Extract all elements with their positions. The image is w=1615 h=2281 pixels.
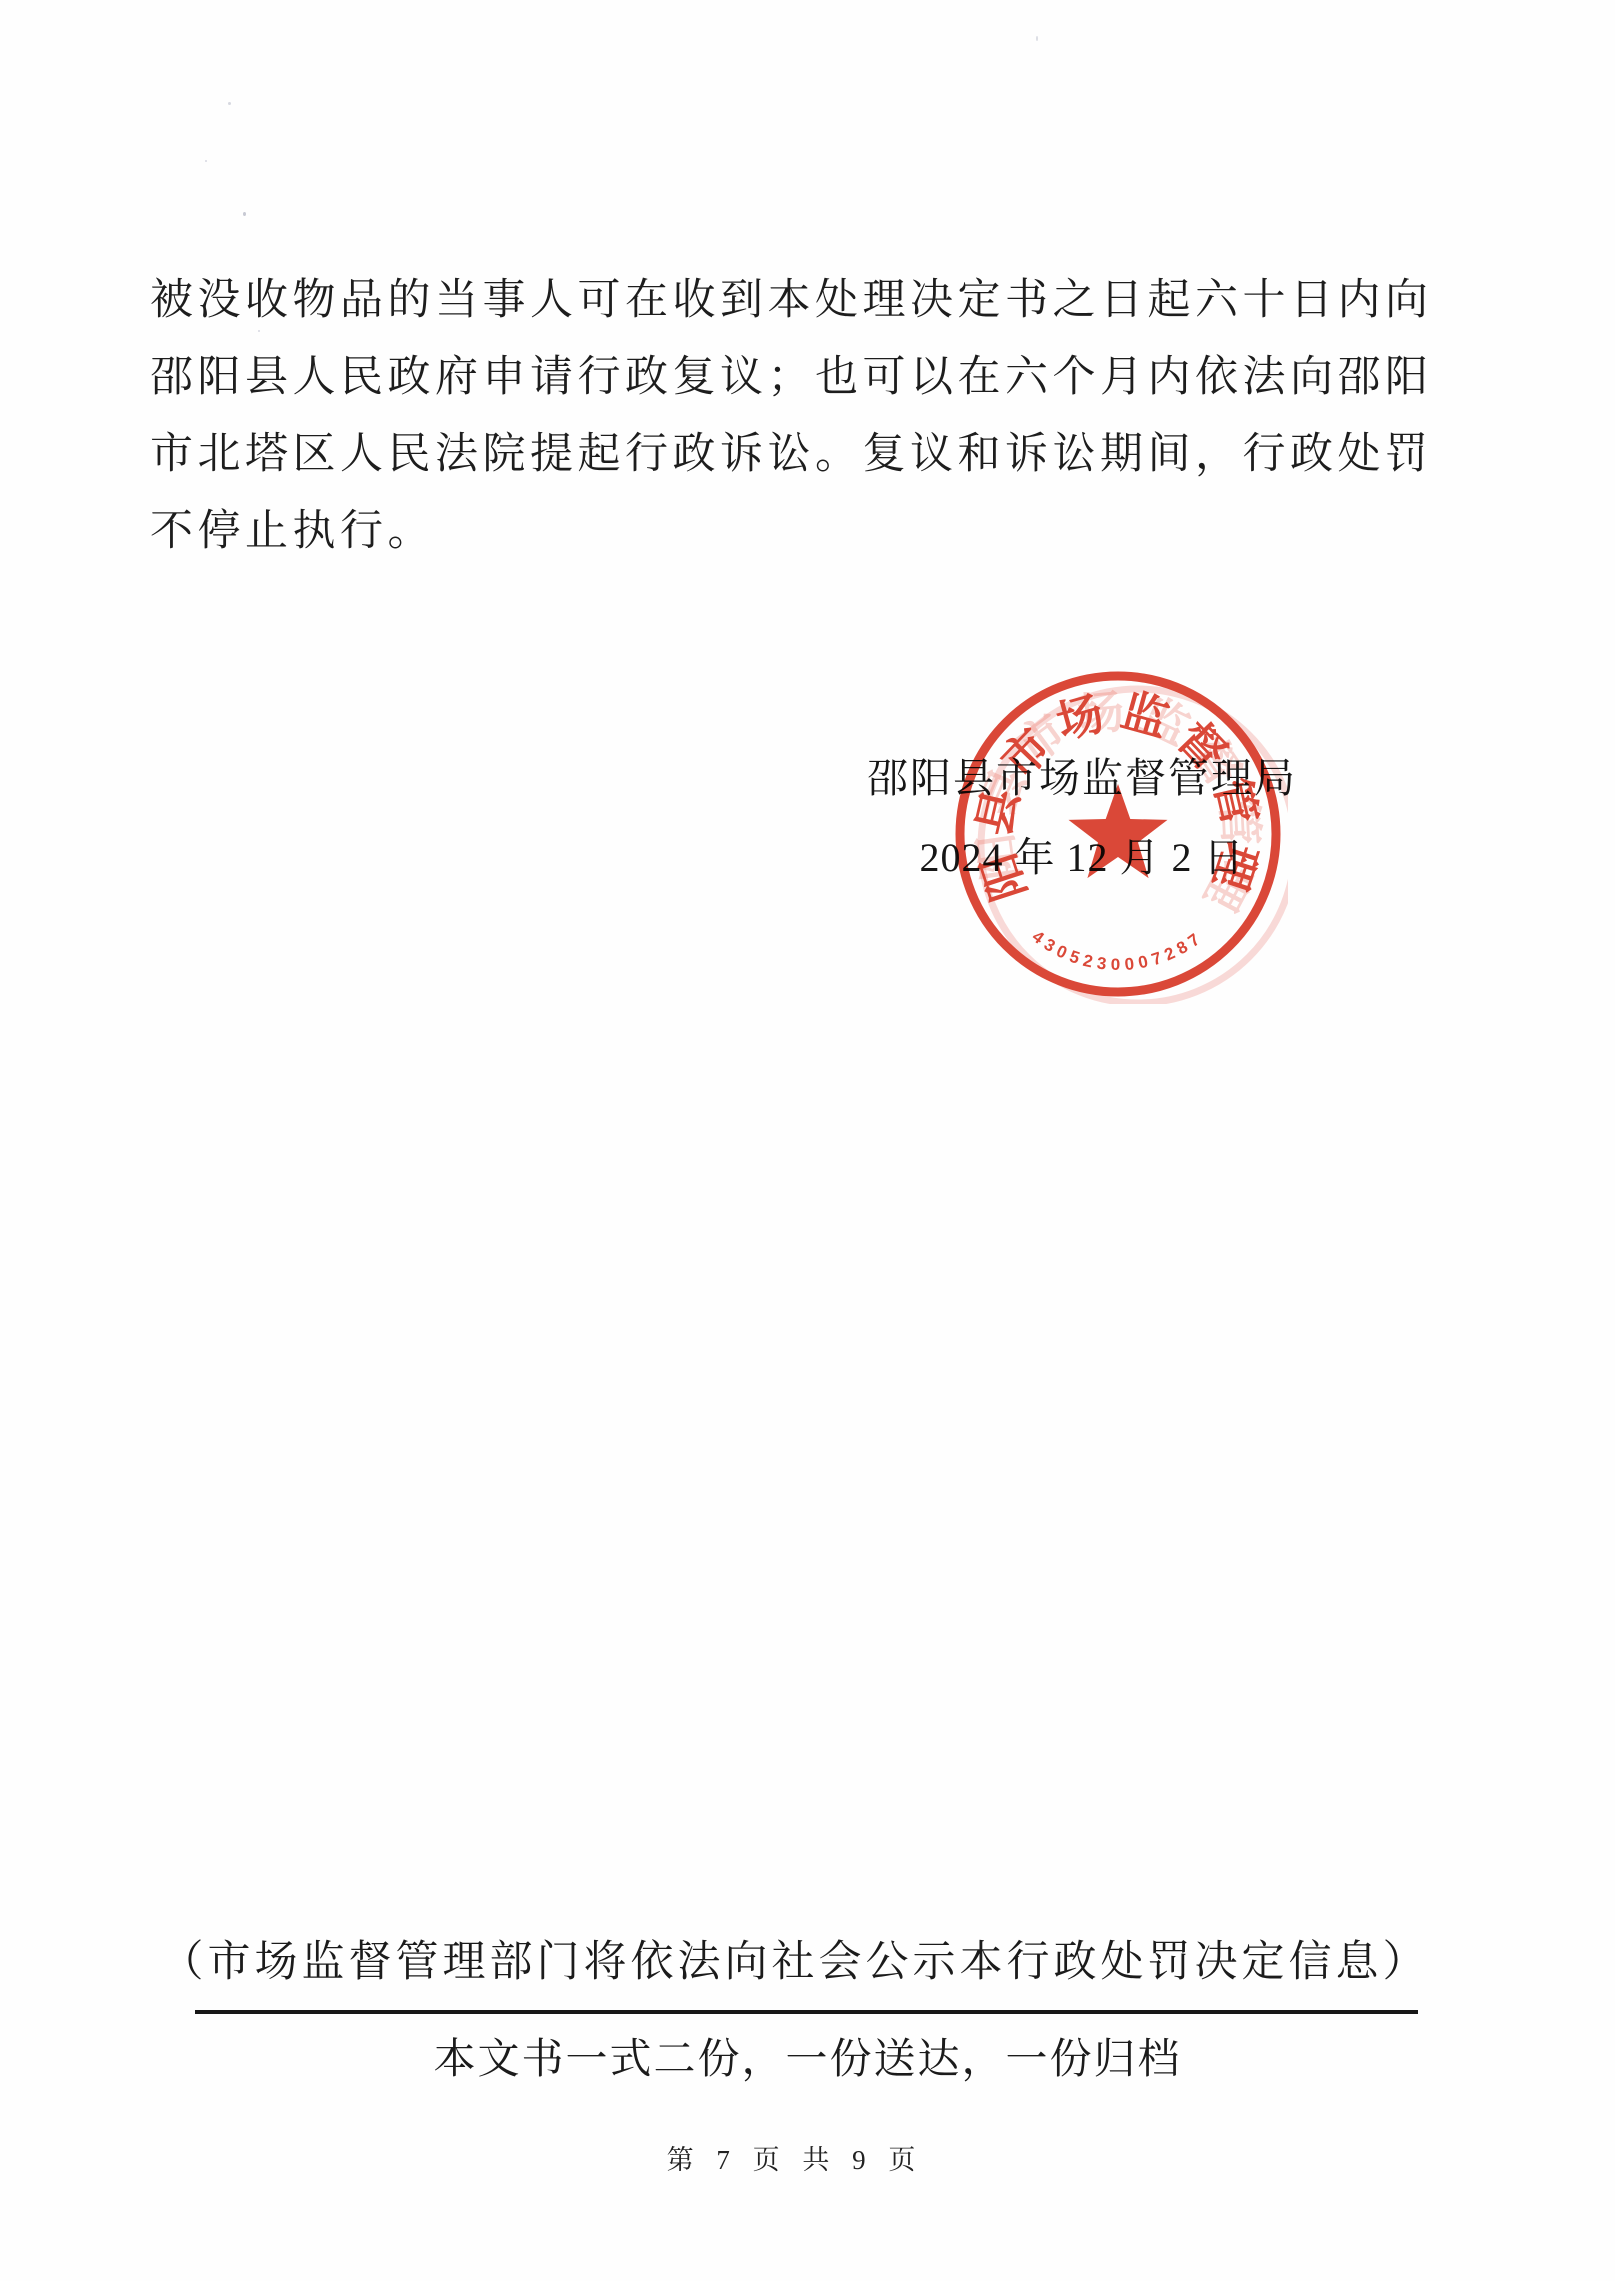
body-line-4: 不停止执行。 bbox=[150, 493, 1480, 570]
official-seal: 邵阳县市场监督管理局 邵阳县市场监督管理局 4305230007287 bbox=[948, 664, 1288, 1004]
seal-ring-text: 邵阳县市场监督管理局 bbox=[948, 664, 1268, 907]
seal-star-icon bbox=[1069, 784, 1168, 878]
scan-speck bbox=[243, 212, 246, 216]
copies-note: 本文书一式二份，一份送达，一份归档 bbox=[0, 2026, 1615, 2086]
body-line-2: 邵阳县人民政府申请行政复议；也可以在六个月内依法向邵阳 bbox=[150, 339, 1480, 416]
scan-speck bbox=[1036, 36, 1038, 41]
body-paragraph: 被没收物品的当事人可在收到本处理决定书之日起六十日内向 邵阳县人民政府申请行政复… bbox=[150, 262, 1480, 570]
svg-text:邵阳县市场监督管理局: 邵阳县市场监督管理局 bbox=[948, 664, 1268, 907]
page-number: 第 7 页 共 9 页 bbox=[0, 2138, 1590, 2177]
footer-divider bbox=[195, 2010, 1418, 2014]
svg-text:4305230007287: 4305230007287 bbox=[1029, 927, 1208, 974]
body-line-3: 市北塔区人民法院提起行政诉讼。复议和诉讼期间，行政处罚 bbox=[150, 416, 1480, 493]
seal-serial-number: 4305230007287 bbox=[1029, 927, 1208, 974]
scan-speck bbox=[205, 160, 207, 162]
body-line-1: 被没收物品的当事人可在收到本处理决定书之日起六十日内向 bbox=[150, 262, 1480, 339]
scan-speck bbox=[228, 102, 231, 105]
publicity-notice: （市场监督管理部门将依法向社会公示本行政处罚决定信息） bbox=[0, 1928, 1590, 1989]
document-page: 被没收物品的当事人可在收到本处理决定书之日起六十日内向 邵阳县人民政府申请行政复… bbox=[0, 0, 1615, 2281]
